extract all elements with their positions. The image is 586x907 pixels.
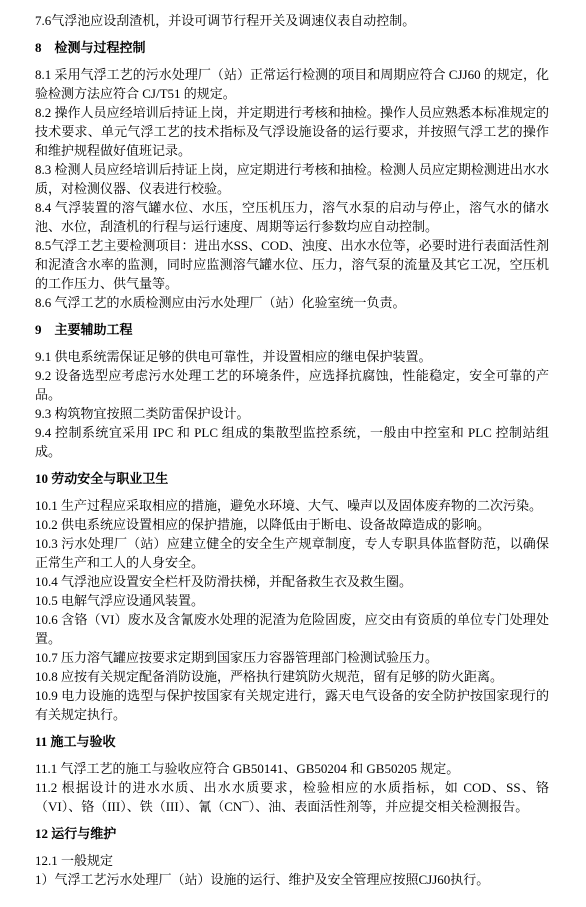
paragraph: 10.2 供电系统应设置相应的保护措施，以降低由于断电、设备故障造成的影响。: [35, 515, 549, 534]
paragraph: 8.1 采用气浮工艺的污水处理厂（站）正常运行检测的项目和周期应符合 CJJ60…: [35, 65, 549, 103]
section-heading: 9 主要辅助工程: [35, 320, 549, 339]
paragraph: 10.9 电力设施的选型与保护按国家有关规定进行，露天电气设备的安全防护按国家现…: [35, 686, 549, 724]
paragraph: 10.5 电解气浮应设通风装置。: [35, 591, 549, 610]
paragraph: 9.4 控制系统宜采用 IPC 和 PLC 组成的集散型监控系统，一般由中控室和…: [35, 423, 549, 461]
subsection-heading: 12.1 一般规定: [35, 851, 549, 870]
paragraph: 7.6气浮池应设刮渣机，并设可调节行程开关及调速仪表自动控制。: [35, 11, 549, 30]
section-heading: 10 劳动安全与职业卫生: [35, 469, 549, 488]
document-content: 7.6气浮池应设刮渣机，并设可调节行程开关及调速仪表自动控制。8 检测与过程控制…: [35, 11, 549, 889]
paragraph: 8.4 气浮装置的溶气罐水位、水压，空压机压力，溶气水泵的启动与停止，溶气水的储…: [35, 198, 549, 236]
section-heading: 11 施工与验收: [35, 732, 549, 751]
paragraph: 11.1 气浮工艺的施工与验收应符合 GB50141、GB50204 和 GB5…: [35, 759, 549, 778]
paragraph: 9.2 设备选型应考虑污水处理工艺的环境条件，应选择抗腐蚀，性能稳定，安全可靠的…: [35, 366, 549, 404]
section-heading: 12 运行与维护: [35, 824, 549, 843]
paragraph: 8.6 气浮工艺的水质检测应由污水处理厂（站）化验室统一负责。: [35, 293, 549, 312]
paragraph: 11.2 根据设计的进水水质、出水水质要求，检验相应的水质指标，如 COD、SS…: [35, 778, 549, 816]
paragraph: 10.8 应按有关规定配备消防设施，严格执行建筑防火规范，留有足够的防火距离。: [35, 667, 549, 686]
paragraph: 10.7 压力溶气罐应按要求定期到国家压力容器管理部门检测试验压力。: [35, 648, 549, 667]
paragraph: 8.3 检测人员应经培训后持证上岗，应定期进行考核和抽检。检测人员应定期检测进出…: [35, 160, 549, 198]
paragraph: 10.6 含铬（VI）废水及含氰废水处理的泥渣为危险固废，应交由有资质的单位专门…: [35, 610, 549, 648]
paragraph: 9.3 构筑物宜按照二类防雷保护设计。: [35, 404, 549, 423]
paragraph: 8.5气浮工艺主要检测项目：进出水SS、COD、浊度、出水水位等，必要时进行表面…: [35, 236, 549, 293]
document-page: 7.6气浮池应设刮渣机，并设可调节行程开关及调速仪表自动控制。8 检测与过程控制…: [0, 0, 586, 907]
paragraph: 10.1 生产过程应采取相应的措施，避免水环境、大气、噪声以及固体废弃物的二次污…: [35, 496, 549, 515]
paragraph: 1）气浮工艺污水处理厂（站）设施的运行、维护及安全管理应按照CJJ60执行。: [35, 870, 549, 889]
paragraph: 10.4 气浮池应设置安全栏杆及防滑扶梯，并配备救生衣及救生圈。: [35, 572, 549, 591]
paragraph: 8.2 操作人员应经培训后持证上岗，并定期进行考核和抽检。操作人员应熟悉本标准规…: [35, 103, 549, 160]
section-heading: 8 检测与过程控制: [35, 38, 549, 57]
paragraph: 9.1 供电系统需保证足够的供电可靠性，并设置相应的继电保护装置。: [35, 347, 549, 366]
paragraph: 10.3 污水处理厂（站）应建立健全的安全生产规章制度，专人专职具体监督防范，以…: [35, 534, 549, 572]
